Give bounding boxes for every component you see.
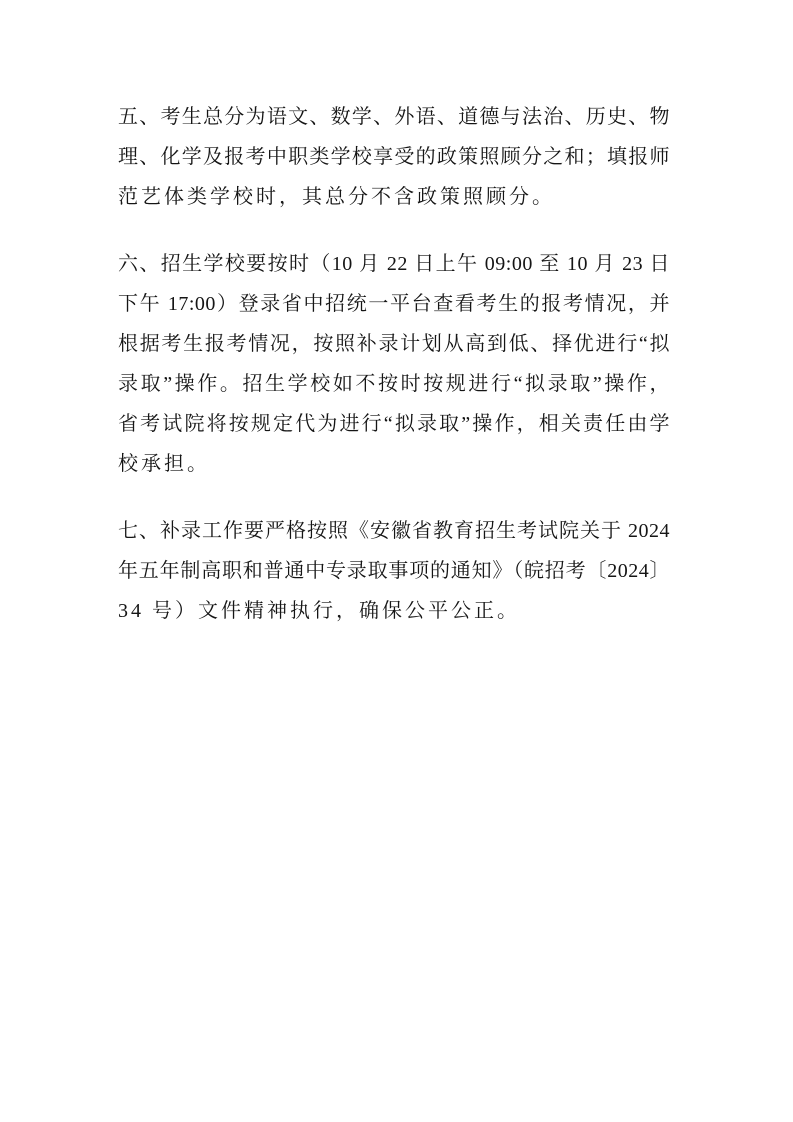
text-line: 省考试院将按规定代为进行“拟录取”操作，相关责任由学	[118, 404, 670, 444]
paragraph-item-7: 七、补录工作要严格按照《安徽省教育招生考试院关于 2024 年五年制高职和普通中…	[118, 511, 670, 631]
text-line: 六、招生学校要按时（10 月 22 日上午 09:00 至 10 月 23 日	[118, 244, 670, 284]
text-line: 年五年制高职和普通中专录取事项的通知》（皖招考〔2024〕	[118, 551, 670, 591]
text-line: 五、考生总分为语文、数学、外语、道德与法治、历史、物	[118, 97, 670, 137]
paragraph-item-6: 六、招生学校要按时（10 月 22 日上午 09:00 至 10 月 23 日 …	[118, 244, 670, 484]
text-line: 根据考生报考情况，按照补录计划从高到低、择优进行“拟	[118, 324, 670, 364]
text-line: 录取”操作。招生学校如不按时按规进行“拟录取”操作，	[118, 364, 670, 404]
paragraph-item-5: 五、考生总分为语文、数学、外语、道德与法治、历史、物 理、化学及报考中职类学校享…	[118, 97, 670, 217]
text-line: 七、补录工作要严格按照《安徽省教育招生考试院关于 2024	[118, 511, 670, 551]
document-page: 五、考生总分为语文、数学、外语、道德与法治、历史、物 理、化学及报考中职类学校享…	[0, 0, 793, 1122]
text-line: 校承担。	[118, 444, 670, 484]
text-line: 理、化学及报考中职类学校享受的政策照顾分之和；填报师	[118, 137, 670, 177]
text-line: 范艺体类学校时，其总分不含政策照顾分。	[118, 177, 670, 217]
text-line: 下午 17:00）登录省中招统一平台查看考生的报考情况，并	[118, 284, 670, 324]
text-line: 34 号）文件精神执行，确保公平公正。	[118, 591, 670, 631]
